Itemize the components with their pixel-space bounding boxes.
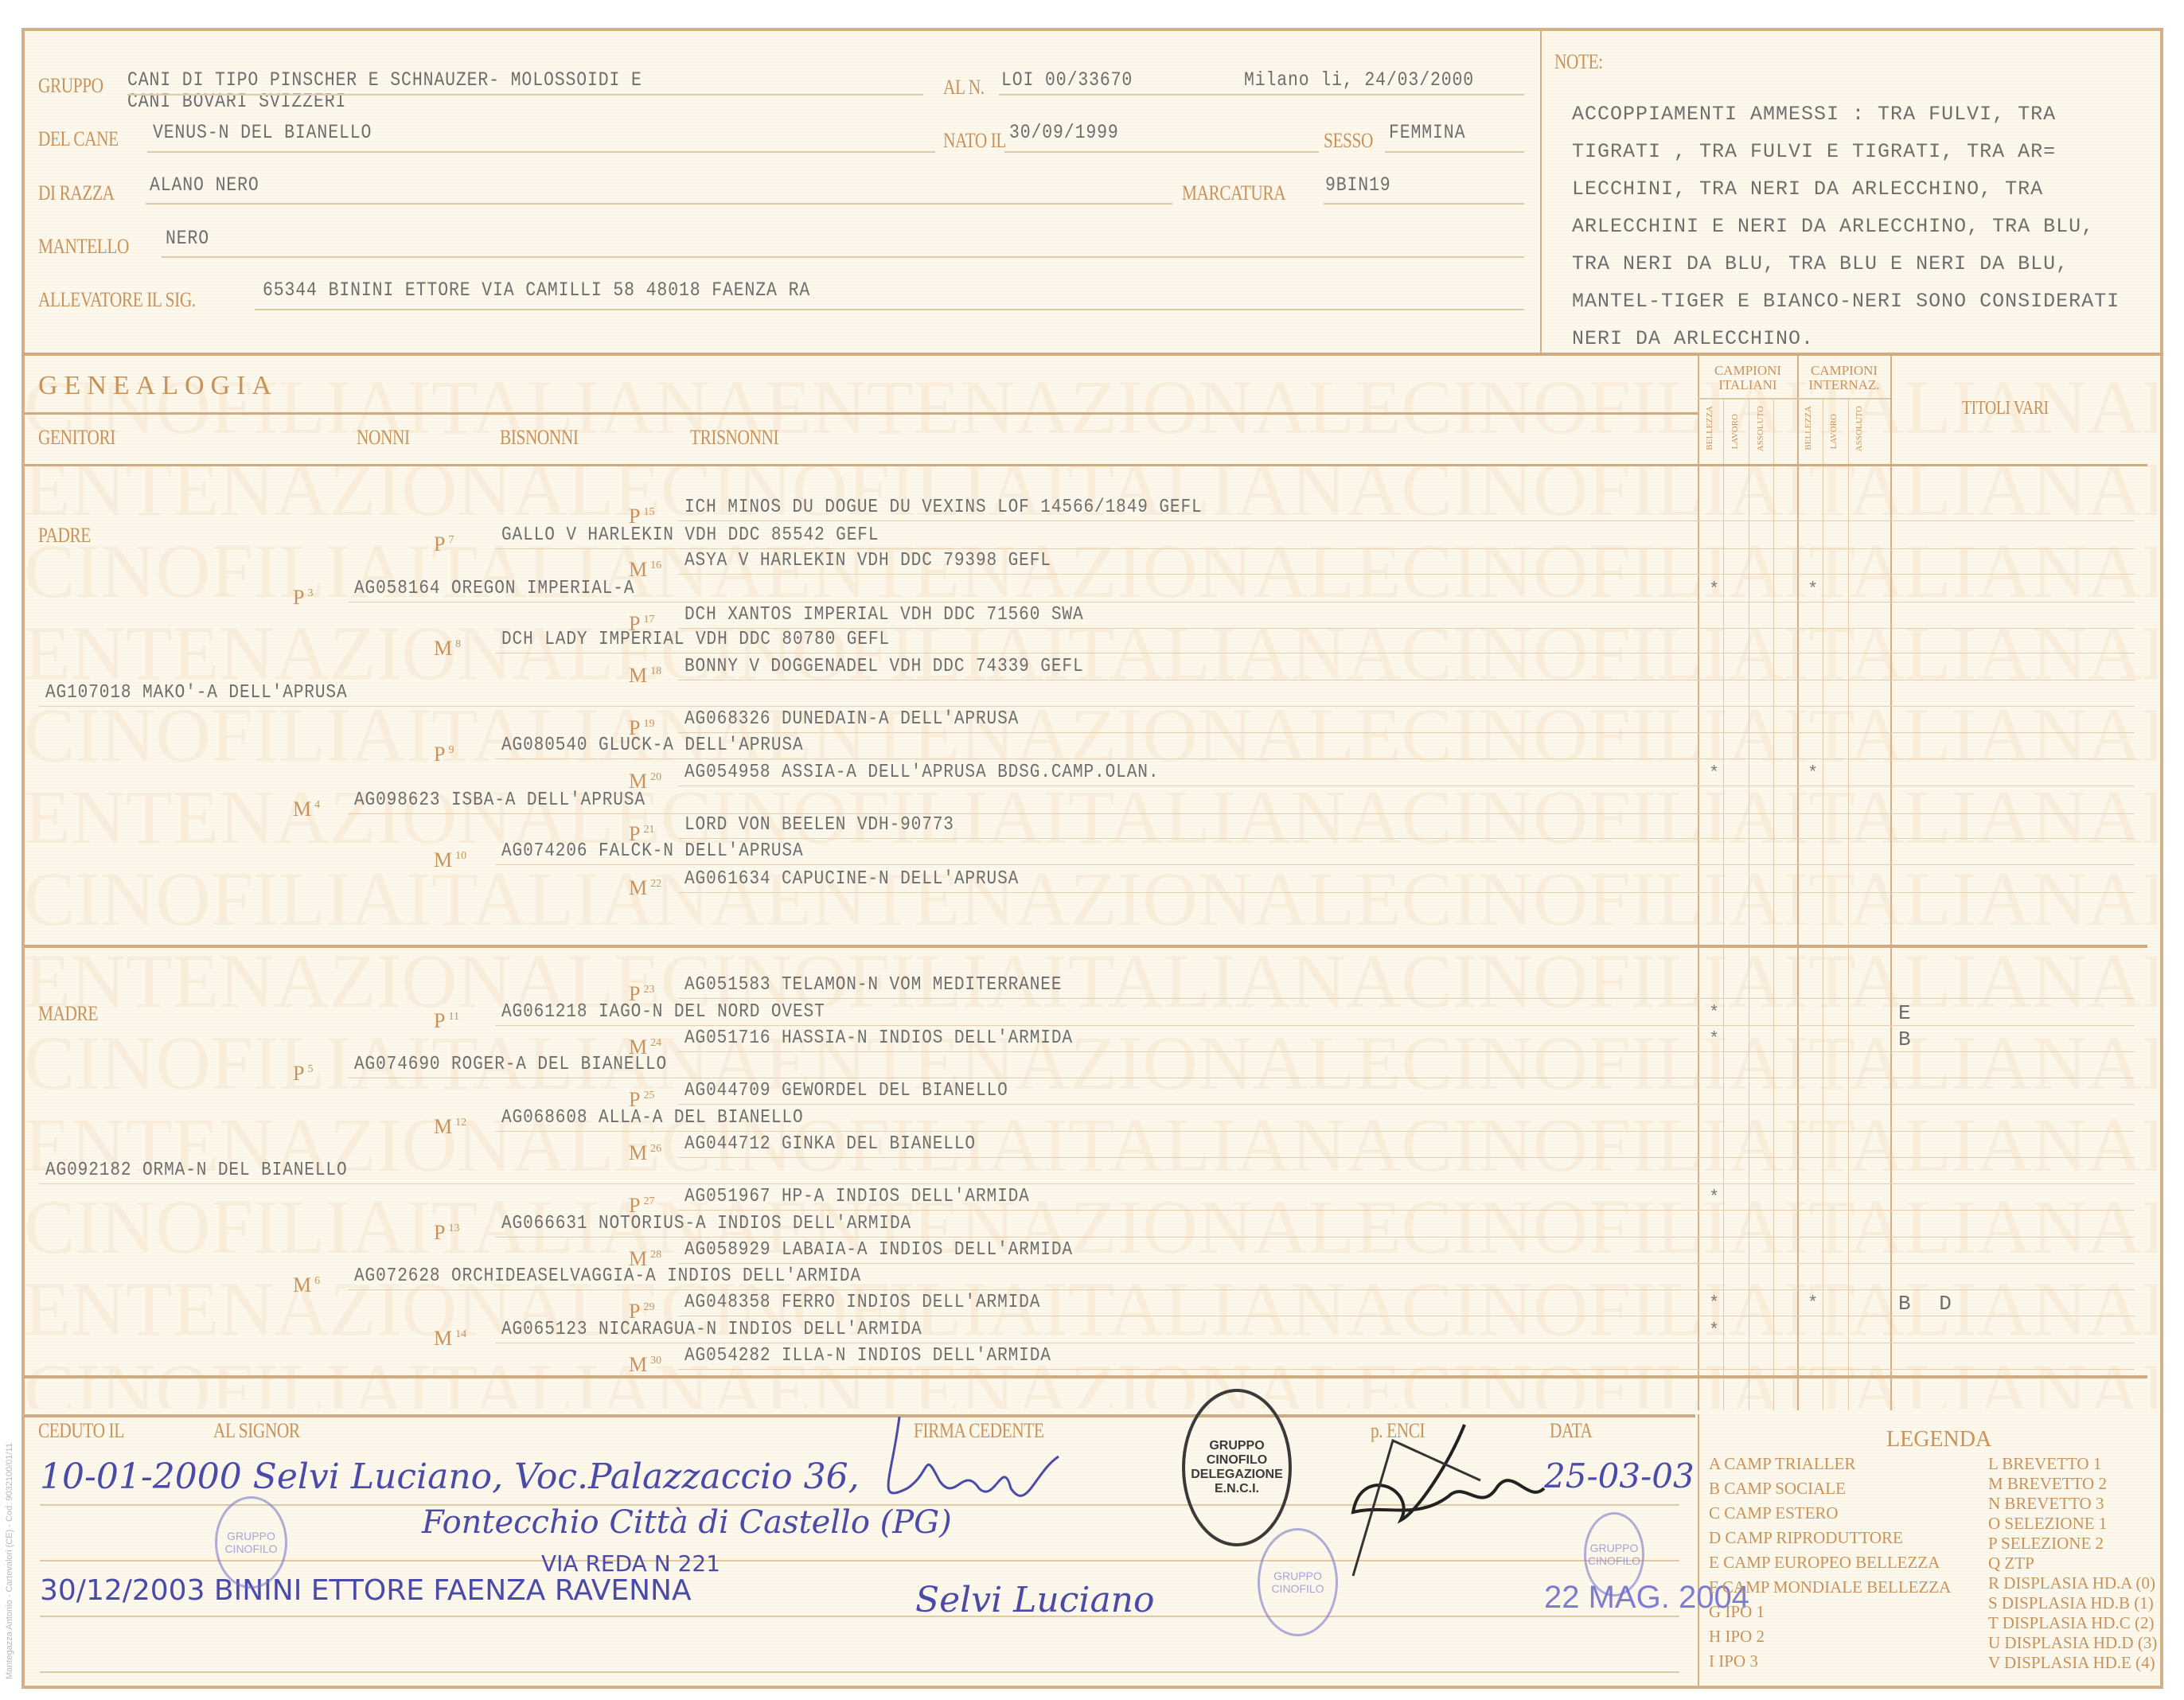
legend-item: E CAMP EUROPEO BELLEZZA bbox=[1709, 1553, 1940, 1573]
place-date-value: Milano li, 24/03/2000 bbox=[1244, 68, 1474, 92]
champion-mark-italiani: * bbox=[1709, 1003, 1719, 1023]
stamp-gruppo-cinofilo-3: GRUPPO CINOFILO bbox=[1584, 1512, 1644, 1597]
legend-item: P SELEZIONE 2 bbox=[1988, 1534, 2104, 1554]
campioni-sub-rule bbox=[1698, 464, 2147, 466]
campioni-internaz-header: CAMPIONI INTERNAZ. bbox=[1799, 364, 1890, 392]
mantello-value: NERO bbox=[166, 227, 209, 250]
pedigree-entry-name: AG054958 ASSIA-A DELL'APRUSA BDSG.CAMP.O… bbox=[684, 762, 1159, 783]
handwritten-date-1: 25-03-03 bbox=[1544, 1456, 1695, 1495]
legend-item: N BREVETTO 3 bbox=[1988, 1494, 2104, 1514]
pedigree-position-label: M12 bbox=[434, 1115, 466, 1139]
pedigree-position-label: P5 bbox=[293, 1062, 313, 1086]
champion-mark-italiani: * bbox=[1709, 1293, 1719, 1313]
madre-label: MADRE bbox=[38, 1002, 98, 1026]
pedigree-entry-name: AG066631 NOTORIUS-A INDIOS DELL'ARMIDA bbox=[501, 1213, 911, 1234]
legend-item: G IPO 1 bbox=[1709, 1602, 1765, 1622]
pedigree-entry-rule bbox=[678, 1210, 2135, 1211]
pedigree-entry-rule bbox=[678, 892, 2135, 893]
pedigree-entry-rule bbox=[678, 628, 2135, 629]
legend-item: A CAMP TRIALLER bbox=[1709, 1454, 1855, 1474]
pedigree-entry-name: AG068326 DUNEDAIN-A DELL'APRUSA bbox=[684, 708, 1019, 730]
pedigree-entry-rule bbox=[348, 1078, 2135, 1078]
pedigree-entry-name: AG061634 CAPUCINE-N DELL'APRUSA bbox=[684, 868, 1019, 890]
legend-item: T DISPLASIA HD.C (2) bbox=[1988, 1613, 2154, 1633]
pedigree-entry-name: AG092182 ORMA-N DEL BIANELLO bbox=[45, 1160, 348, 1181]
allevatore-label: ALLEVATORE IL SIG. bbox=[38, 288, 196, 312]
pedigree-entry-rule bbox=[678, 1051, 2135, 1052]
col-nonni: NONNI bbox=[357, 426, 410, 450]
pedigree-position-label: P3 bbox=[293, 586, 313, 610]
col-bisnonni: BISNONNI bbox=[500, 426, 579, 450]
pedigree-entry-name: GALLO V HARLEKIN VDH DDC 85542 GEFL bbox=[501, 524, 879, 546]
titoli-vari-value: E bbox=[1898, 1001, 1919, 1025]
handwritten-transfer-2: 30/12/2003 BININI ETTORE FAENZA RAVENNA bbox=[40, 1574, 692, 1607]
pedigree-position-label: M30 bbox=[629, 1353, 661, 1377]
legend-item: V DISPLASIA HD.E (4) bbox=[1988, 1653, 2155, 1673]
sub-divider bbox=[1823, 400, 1823, 1410]
genealogy-title-rule bbox=[24, 412, 1699, 415]
champion-mark-italiani: * bbox=[1709, 1029, 1719, 1049]
pedigree-entry-rule bbox=[495, 1237, 2135, 1238]
legend-item: U DISPLASIA HD.D (3) bbox=[1988, 1633, 2157, 1653]
sub-divider bbox=[1773, 400, 1774, 1410]
pedigree-position-label: M10 bbox=[434, 848, 466, 872]
col-trisnonni: TRISNONNI bbox=[690, 426, 778, 450]
campioni-divider-1 bbox=[1698, 356, 1699, 1410]
pedigree-entry-rule bbox=[678, 680, 2135, 680]
champion-mark-italiani: * bbox=[1709, 1187, 1719, 1207]
mantello-rule bbox=[162, 256, 1524, 258]
allevatore-value: 65344 BININI ETTORE VIA CAMILLI 58 48018… bbox=[263, 279, 810, 302]
note-text: ACCOPPIAMENTI AMMESSI : TRA FULVI, TRA T… bbox=[1572, 96, 2129, 357]
pedigree-position-label: M14 bbox=[434, 1327, 466, 1351]
pedigree-entry-name: AG044712 GINKA DEL BIANELLO bbox=[684, 1133, 976, 1155]
pedigree-entry-rule bbox=[678, 1263, 2135, 1264]
pedigree-position-label: P7 bbox=[434, 532, 454, 556]
pedigree-position-label: M4 bbox=[293, 797, 320, 821]
pedigree-entry-rule bbox=[348, 602, 2135, 602]
pedigree-entry-rule bbox=[678, 521, 2135, 521]
pedigree-position-label: M6 bbox=[293, 1273, 320, 1297]
nato-il-label: NATO IL bbox=[943, 129, 1006, 153]
sub-col-assoluto-it: ASSOLUTO bbox=[1756, 406, 1765, 451]
sub-col-bellezza-it: BELLEZZA bbox=[1705, 406, 1714, 450]
pedigree-entry-rule bbox=[678, 1104, 2135, 1105]
stamp-gruppo-cinofilo-1: GRUPPO CINOFILO bbox=[215, 1496, 287, 1589]
pedigree-entry-name: AG107018 MAKO'-A DELL'APRUSA bbox=[45, 682, 348, 704]
nato-il-value: 30/09/1999 bbox=[1009, 121, 1119, 144]
pedigree-entry-name: AG044709 GEWORDEL DEL BIANELLO bbox=[684, 1080, 1008, 1101]
di-razza-label: DI RAZZA bbox=[38, 181, 115, 205]
transfer-rule-4 bbox=[40, 1671, 1679, 1673]
pedigree-entry-name: AG065123 NICARAGUA-N INDIOS DELL'ARMIDA bbox=[501, 1319, 922, 1340]
pedigree-entry-name: AG051967 HP-A INDIOS DELL'ARMIDA bbox=[684, 1186, 1030, 1207]
sub-col-lavoro-it: LAVORO bbox=[1730, 414, 1740, 449]
handwritten-transfer-1: 10-01-2000 Selvi Luciano, Voc.Palazzacci… bbox=[40, 1456, 860, 1497]
campioni-italiani-header: CAMPIONI ITALIANI bbox=[1699, 364, 1796, 392]
legend-item: M BREVETTO 2 bbox=[1988, 1474, 2107, 1494]
sub-col-lavoro-int: LAVORO bbox=[1829, 414, 1839, 449]
pedigree-entry-rule bbox=[678, 732, 2135, 733]
pedigree-entry-name: AG051583 TELAMON-N VOM MEDITERRANEE bbox=[684, 974, 1062, 996]
titoli-vari-value: B bbox=[1898, 1027, 1919, 1051]
champion-mark-internaz: * bbox=[1808, 1293, 1818, 1313]
allevatore-rule bbox=[255, 309, 1524, 310]
pedigree-entry-rule bbox=[39, 706, 2135, 707]
sub-divider bbox=[1749, 400, 1749, 1410]
al-n-rule bbox=[999, 94, 1524, 96]
pedigree-entry-name: AG058929 LABAIA-A INDIOS DELL'ARMIDA bbox=[684, 1239, 1073, 1261]
champion-mark-italiani: * bbox=[1709, 763, 1719, 783]
pedigree-entry-name: AG048358 FERRO INDIOS DELL'ARMIDA bbox=[684, 1292, 1040, 1313]
legend-item: O SELEZIONE 1 bbox=[1988, 1514, 2107, 1534]
champion-mark-italiani: * bbox=[1709, 579, 1719, 599]
legend-item: S DISPLASIA HD.B (1) bbox=[1988, 1593, 2154, 1613]
pedigree-entry-name: AG074690 ROGER-A DEL BIANELLO bbox=[354, 1054, 667, 1075]
campioni-divider-2 bbox=[1797, 356, 1799, 1410]
pedigree-entry-rule bbox=[495, 653, 2135, 653]
pedigree-entry-rule bbox=[678, 1316, 2135, 1316]
legend-item: L BREVETTO 1 bbox=[1988, 1454, 2101, 1474]
note-label: NOTE: bbox=[1554, 50, 1603, 74]
pedigree-entry-rule bbox=[348, 813, 2135, 814]
champion-mark-internaz: * bbox=[1808, 579, 1818, 599]
pedigree-entry-name: ASYA V HARLEKIN VDH DDC 79398 GEFL bbox=[684, 550, 1051, 571]
pedigree-entry-name: AG054282 ILLA-N INDIOS DELL'ARMIDA bbox=[684, 1345, 1051, 1367]
legend-item: I IPO 3 bbox=[1709, 1651, 1758, 1671]
pedigree-entry-name: AG080540 GLUCK-A DELL'APRUSA bbox=[501, 735, 804, 756]
ceduto-il-label: CEDUTO IL bbox=[38, 1419, 124, 1443]
legend-title: LEGENDA bbox=[1886, 1427, 1991, 1452]
legend-item: R DISPLASIA HD.A (0) bbox=[1988, 1573, 2155, 1593]
pedigree-position-label: P9 bbox=[434, 743, 454, 766]
nato-il-rule bbox=[1004, 151, 1319, 153]
sesso-label: SESSO bbox=[1324, 129, 1373, 153]
pedigree-entry-rule bbox=[495, 1025, 2135, 1026]
pedigree-entry-rule bbox=[495, 864, 2135, 865]
padre-label: PADRE bbox=[38, 524, 91, 548]
pedigree-entry-name: BONNY V DOGGENADEL VDH DDC 74339 GEFL bbox=[684, 656, 1084, 677]
legend-item: D CAMP RIPRODUTTORE bbox=[1709, 1528, 1903, 1548]
pedigree-entry-name: DCH XANTOS IMPERIAL VDH DDC 71560 SWA bbox=[684, 604, 1084, 626]
gruppo-value-line1: CANI DI TIPO PINSCHER E SCHNAUZER- MOLOS… bbox=[127, 68, 642, 92]
pedigree-entry-rule bbox=[678, 786, 2135, 786]
legend-item: H IPO 2 bbox=[1709, 1627, 1765, 1647]
gruppo-rule bbox=[127, 94, 923, 96]
pedigree-position-label: M22 bbox=[629, 876, 661, 900]
sesso-rule bbox=[1385, 151, 1524, 153]
pedigree-entry-rule bbox=[495, 1131, 2135, 1132]
pedigree-entry-rule bbox=[495, 548, 2135, 549]
handwritten-address-2: VIA REDA N 221 bbox=[541, 1550, 720, 1577]
genealogy-header-rule bbox=[24, 464, 1699, 466]
legend-item: F CAMP MONDIALE BELLEZZA bbox=[1709, 1577, 1951, 1597]
padre-madre-divider bbox=[24, 945, 2147, 948]
pedigree-entry-name: AG068608 ALLA-A DEL BIANELLO bbox=[501, 1107, 804, 1129]
pedigree-position-label: M8 bbox=[434, 637, 461, 661]
al-n-label: AL N. bbox=[943, 76, 985, 99]
marcatura-rule bbox=[1324, 203, 1524, 205]
pedigree-entry-rule bbox=[678, 838, 2135, 839]
champion-mark-italiani: * bbox=[1709, 1320, 1719, 1340]
al-n-value: LOI 00/33670 bbox=[1001, 68, 1133, 92]
note-divider bbox=[1540, 28, 1542, 353]
pedigree-entry-name: AG072628 ORCHIDEASELVAGGIA-A INDIOS DELL… bbox=[354, 1265, 861, 1287]
pedigree-position-label: P11 bbox=[434, 1009, 459, 1033]
legend-item: C CAMP ESTERO bbox=[1709, 1503, 1839, 1523]
legend-divider bbox=[1698, 1414, 1699, 1689]
pedigree-entry-rule bbox=[348, 1289, 2135, 1290]
legend-item: B CAMP SOCIALE bbox=[1709, 1479, 1846, 1499]
titoli-vari-header: TITOLI VARI bbox=[1962, 398, 2049, 419]
pedigree-entry-name: AG074206 FALCK-N DELL'APRUSA bbox=[501, 840, 804, 862]
campioni-head-rule bbox=[1698, 398, 1890, 400]
pedigree-entry-name: AG061218 IAGO-N DEL NORD OVEST bbox=[501, 1001, 825, 1023]
pedigree-entry-name: AG058164 OREGON IMPERIAL-A bbox=[354, 578, 634, 599]
campioni-divider-3 bbox=[1890, 356, 1892, 1410]
pedigree-entry-name: LORD VON BEELEN VDH-90773 bbox=[684, 814, 954, 836]
col-genitori: GENITORI bbox=[38, 426, 115, 450]
genealogy-top-rule bbox=[21, 353, 2163, 356]
del-cane-label: DEL CANE bbox=[38, 127, 119, 151]
pedigree-entry-rule bbox=[678, 574, 2135, 575]
pedigree-entry-rule bbox=[678, 998, 2135, 999]
sub-divider bbox=[1723, 400, 1724, 1410]
legend-item: Q ZTP bbox=[1988, 1554, 2034, 1573]
pedigree-entry-name: AG098623 ISBA-A DELL'APRUSA bbox=[354, 790, 645, 811]
marcatura-label: MARCATURA bbox=[1182, 181, 1285, 205]
al-signor-label: AL SIGNOR bbox=[213, 1419, 300, 1443]
pedigree-position-label: M18 bbox=[629, 664, 661, 688]
stamp-gruppo-cinofilo-2: GRUPPO CINOFILO bbox=[1258, 1528, 1338, 1636]
pedigree-entry-rule bbox=[495, 758, 2135, 759]
pedigree-entry-name: ICH MINOS DU DOGUE DU VEXINS LOF 14566/1… bbox=[684, 497, 1203, 518]
gruppo-label: GRUPPO bbox=[38, 74, 103, 98]
sub-divider bbox=[1848, 400, 1849, 1410]
mantello-label: MANTELLO bbox=[38, 235, 129, 259]
di-razza-rule bbox=[146, 203, 1172, 205]
stamp-delegazione-enci: GRUPPO CINOFILO DELEGAZIONE E.N.C.I. bbox=[1182, 1389, 1292, 1546]
sesso-value: FEMMINA bbox=[1389, 121, 1465, 144]
champion-mark-internaz: * bbox=[1808, 763, 1818, 783]
di-razza-value: ALANO NERO bbox=[150, 174, 259, 197]
pedigree-entry-name: DCH LADY IMPERIAL VDH DDC 80780 GEFL bbox=[501, 629, 890, 650]
pedigree-entry-rule bbox=[678, 1157, 2135, 1158]
titoli-vari-value: B D bbox=[1898, 1292, 1960, 1316]
sub-col-assoluto-int: ASSOLUTO bbox=[1854, 406, 1864, 451]
del-cane-value: VENUS-N DEL BIANELLO bbox=[153, 121, 372, 144]
sub-col-bellezza-int: BELLEZZA bbox=[1804, 406, 1813, 450]
printer-footnote: Mantegazza Antonio - Cartevalori (CE) - … bbox=[5, 1443, 14, 1679]
pedigree-entry-rule bbox=[495, 1343, 2135, 1343]
pedigree-position-label: P13 bbox=[434, 1221, 459, 1245]
del-cane-rule bbox=[147, 151, 935, 153]
genealogy-title: GENEALOGIA bbox=[38, 371, 278, 401]
pedigree-entry-name: AG051716 HASSIA-N INDIOS DELL'ARMIDA bbox=[684, 1027, 1073, 1049]
pedigree-entry-rule bbox=[39, 1183, 2135, 1184]
pedigree-position-label: M26 bbox=[629, 1141, 661, 1165]
marcatura-value: 9BIN19 bbox=[1325, 174, 1391, 197]
